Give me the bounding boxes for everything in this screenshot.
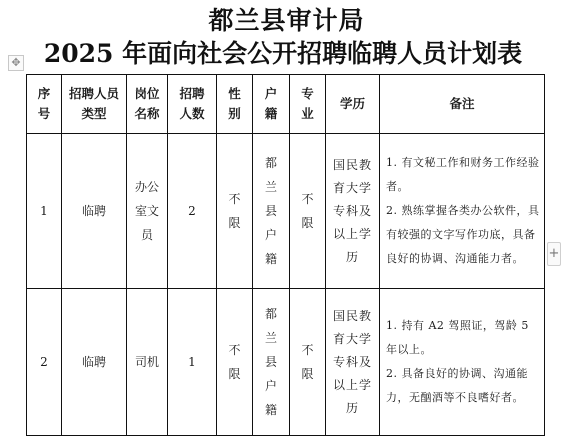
cell-count: 2: [168, 134, 217, 289]
cell-type: 临聘: [62, 134, 127, 289]
document-subtitle: 2025 年面向社会公开招聘临聘人员计划表: [28, 38, 538, 70]
cell-hukou: 都 兰 县 户 籍: [253, 289, 290, 436]
header-gender: 性 别: [217, 75, 253, 134]
table-row: 2 临聘 司机 1 不 限 都 兰 县 户 籍 不 限 国民教 育大学 专科及 …: [27, 289, 545, 436]
cell-seq: 1: [27, 134, 62, 289]
table-header-row: 序 号 招聘人员 类型 岗位 名称 招聘 人数 性 别 户 籍 专 业 学历 备…: [27, 75, 545, 134]
cell-hukou: 都 兰 县 户 籍: [253, 134, 290, 289]
cell-seq: 2: [27, 289, 62, 436]
cell-major: 不 限: [290, 289, 326, 436]
header-position: 岗位 名称: [127, 75, 168, 134]
document-title: 都兰县审计局: [0, 6, 573, 36]
cell-gender: 不 限: [217, 289, 253, 436]
cell-education: 国民教 育大学 专科及 以上学 历: [326, 134, 380, 289]
header-education: 学历: [326, 75, 380, 134]
header-count: 招聘 人数: [168, 75, 217, 134]
recruitment-plan-table: 序 号 招聘人员 类型 岗位 名称 招聘 人数 性 别 户 籍 专 业 学历 备…: [26, 74, 545, 436]
header-type: 招聘人员 类型: [62, 75, 127, 134]
add-column-button[interactable]: +: [547, 242, 561, 266]
header-seq: 序 号: [27, 75, 62, 134]
cell-notes: 1. 有文秘工作和财务工作经验者。 2. 熟练掌握各类办公软件，具有较强的文字写…: [380, 134, 545, 289]
cell-education: 国民教 育大学 专科及 以上学 历: [326, 289, 380, 436]
cell-position: 办公 室文 员: [127, 134, 168, 289]
header-notes: 备注: [380, 75, 545, 134]
cell-position: 司机: [127, 289, 168, 436]
cell-major: 不 限: [290, 134, 326, 289]
cell-notes: 1. 持有 A2 驾照证，驾龄 5 年以上。 2. 具备良好的协调、沟通能力，无…: [380, 289, 545, 436]
header-hukou: 户 籍: [253, 75, 290, 134]
table-move-handle-icon[interactable]: ✥: [8, 55, 24, 71]
cell-count: 1: [168, 289, 217, 436]
cell-gender: 不 限: [217, 134, 253, 289]
cell-type: 临聘: [62, 289, 127, 436]
table-row: 1 临聘 办公 室文 员 2 不 限 都 兰 县 户 籍 不 限 国民教 育大学…: [27, 134, 545, 289]
header-major: 专 业: [290, 75, 326, 134]
